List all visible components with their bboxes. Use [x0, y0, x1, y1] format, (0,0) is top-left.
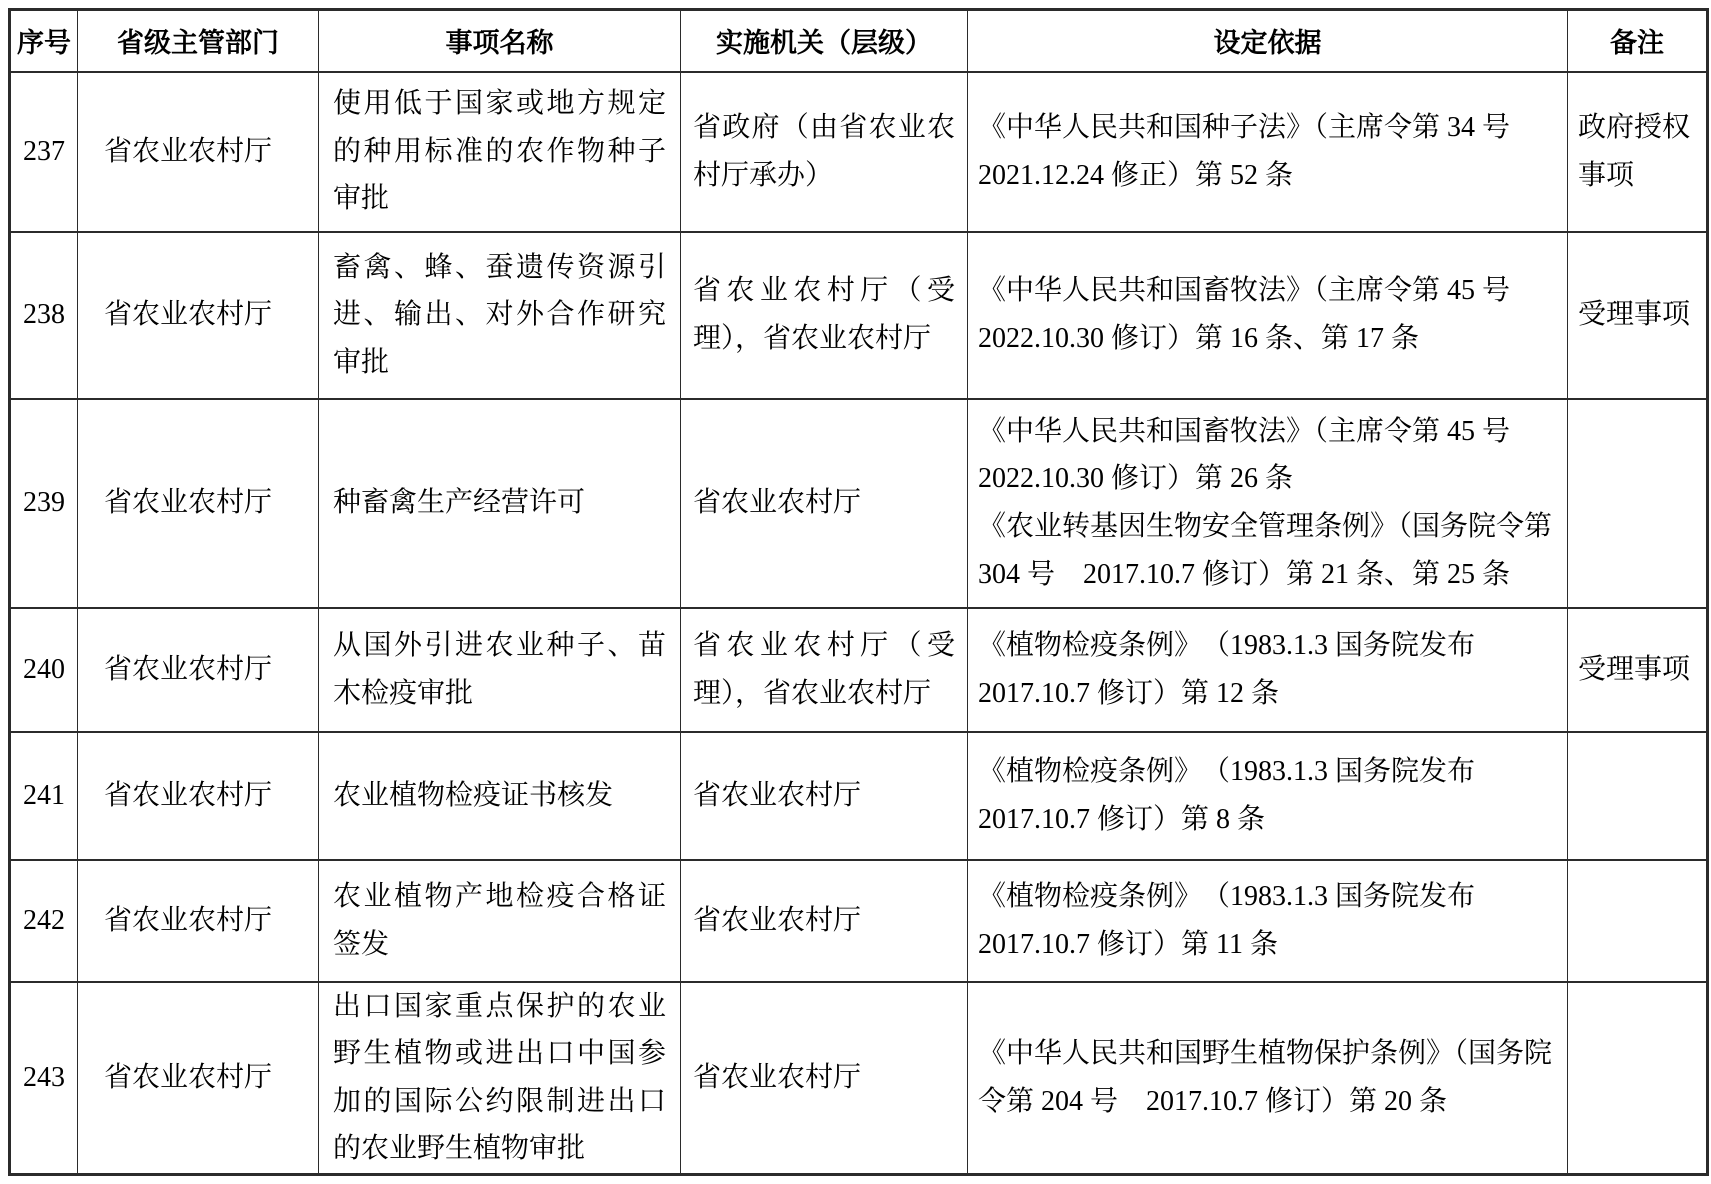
cell-note: 受理事项 [1568, 608, 1708, 732]
cell-department: 省农业农村厅 [78, 732, 319, 860]
cell-seq: 241 [10, 732, 78, 860]
cell-seq: 240 [10, 608, 78, 732]
table-row: 238 省农业农村厅 畜禽、蜂、蚕遗传资源引进、输出、对外合作研究审批 省农业农… [10, 232, 1708, 399]
cell-note: 受理事项 [1568, 232, 1708, 399]
cell-basis: 《植物检疫条例》 （1983.1.3 国务院发布 2017.10.7 修订）第 … [968, 860, 1568, 982]
cell-department: 省农业农村厅 [78, 232, 319, 399]
cell-department: 省农业农村厅 [78, 399, 319, 608]
cell-item: 种畜禽生产经营许可 [319, 399, 681, 608]
cell-agency: 省农业农村厅（受理），省农业农村厅 [681, 608, 968, 732]
cell-item: 出口国家重点保护的农业野生植物或进出口中国参加的国际公约限制进出口的农业野生植物… [319, 982, 681, 1175]
cell-agency: 省农业农村厅 [681, 732, 968, 860]
cell-agency: 省农业农村厅 [681, 982, 968, 1175]
table-row: 239 省农业农村厅 种畜禽生产经营许可 省农业农村厅 《中华人民共和国畜牧法》… [10, 399, 1708, 608]
cell-item: 畜禽、蜂、蚕遗传资源引进、输出、对外合作研究审批 [319, 232, 681, 399]
cell-note [1568, 860, 1708, 982]
column-header-seq: 序号 [10, 10, 78, 72]
column-header-note: 备注 [1568, 10, 1708, 72]
column-header-department: 省级主管部门 [78, 10, 319, 72]
cell-agency: 省农业农村厅（受理），省农业农村厅 [681, 232, 968, 399]
cell-basis: 《中华人民共和国野生植物保护条例》（国务院令第 204 号 2017.10.7 … [968, 982, 1568, 1175]
cell-basis: 《中华人民共和国畜牧法》（主席令第 45 号 2022.10.30 修订）第 1… [968, 232, 1568, 399]
table-row: 242 省农业农村厅 农业植物产地检疫合格证签发 省农业农村厅 《植物检疫条例》… [10, 860, 1708, 982]
cell-item: 农业植物检疫证书核发 [319, 732, 681, 860]
cell-seq: 238 [10, 232, 78, 399]
table-row: 241 省农业农村厅 农业植物检疫证书核发 省农业农村厅 《植物检疫条例》 （1… [10, 732, 1708, 860]
cell-seq: 239 [10, 399, 78, 608]
cell-department: 省农业农村厅 [78, 982, 319, 1175]
cell-basis: 《植物检疫条例》 （1983.1.3 国务院发布 2017.10.7 修订）第 … [968, 608, 1568, 732]
column-header-agency: 实施机关（层级） [681, 10, 968, 72]
cell-seq: 242 [10, 860, 78, 982]
cell-department: 省农业农村厅 [78, 860, 319, 982]
column-header-basis: 设定依据 [968, 10, 1568, 72]
table-row: 237 省农业农村厅 使用低于国家或地方规定的种用标准的农作物种子审批 省政府（… [10, 72, 1708, 232]
cell-note [1568, 399, 1708, 608]
cell-department: 省农业农村厅 [78, 608, 319, 732]
cell-note [1568, 982, 1708, 1175]
cell-seq: 243 [10, 982, 78, 1175]
cell-item: 从国外引进农业种子、苗木检疫审批 [319, 608, 681, 732]
table-row: 243 省农业农村厅 出口国家重点保护的农业野生植物或进出口中国参加的国际公约限… [10, 982, 1708, 1175]
table-row: 240 省农业农村厅 从国外引进农业种子、苗木检疫审批 省农业农村厅（受理），省… [10, 608, 1708, 732]
cell-agency: 省农业农村厅 [681, 860, 968, 982]
cell-item: 农业植物产地检疫合格证签发 [319, 860, 681, 982]
cell-basis: 《中华人民共和国畜牧法》（主席令第 45 号 2022.10.30 修订）第 2… [968, 399, 1568, 608]
header-row: 序号 省级主管部门 事项名称 实施机关（层级） 设定依据 备注 [10, 10, 1708, 72]
cell-note [1568, 732, 1708, 860]
cell-basis: 《植物检疫条例》 （1983.1.3 国务院发布 2017.10.7 修订）第 … [968, 732, 1568, 860]
cell-agency: 省政府（由省农业农村厅承办） [681, 72, 968, 232]
cell-basis: 《中华人民共和国种子法》（主席令第 34 号 2021.12.24 修正）第 5… [968, 72, 1568, 232]
column-header-item: 事项名称 [319, 10, 681, 72]
cell-seq: 237 [10, 72, 78, 232]
cell-item: 使用低于国家或地方规定的种用标准的农作物种子审批 [319, 72, 681, 232]
cell-agency: 省农业农村厅 [681, 399, 968, 608]
cell-note: 政府授权事项 [1568, 72, 1708, 232]
administrative-items-table: 序号 省级主管部门 事项名称 实施机关（层级） 设定依据 备注 237 省农业农… [8, 8, 1709, 1176]
cell-department: 省农业农村厅 [78, 72, 319, 232]
